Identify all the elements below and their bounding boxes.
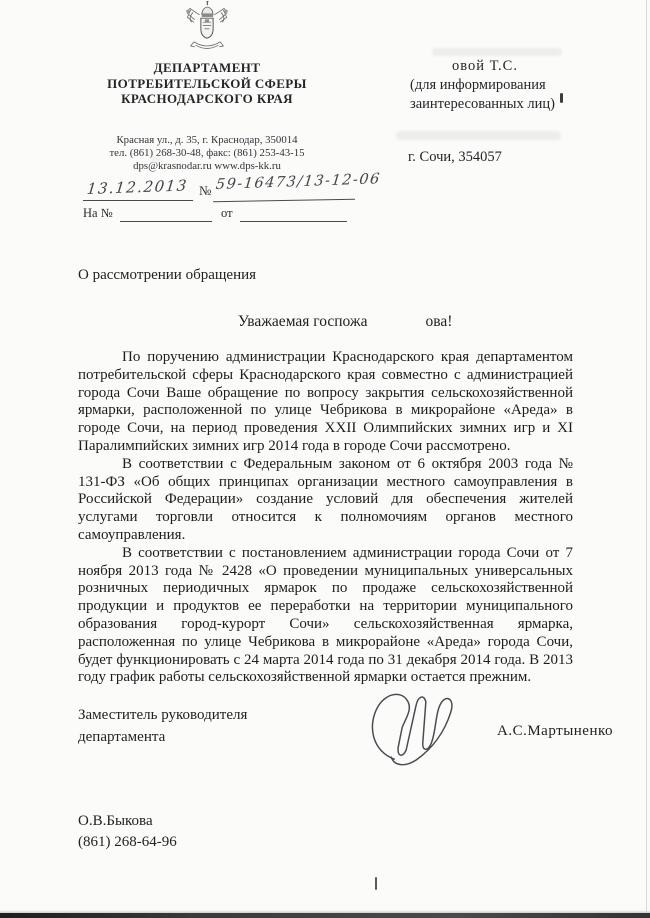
recipient-note-line-1: (для информирования — [410, 76, 625, 95]
reply-from-label: от — [221, 206, 233, 221]
coat-of-arms-icon — [181, 1, 233, 55]
org-address-street: Красная ул., д. 35, г. Краснодар, 350014 — [62, 134, 352, 147]
number-underline — [213, 199, 355, 202]
body-paragraph-1: По поручению администрации Краснодарског… — [78, 349, 573, 456]
outgoing-date-handwritten: 13.12.2013 — [86, 180, 187, 199]
recipient-name: овой Т.С. — [410, 57, 625, 76]
body-paragraph-2: В соответствии с Федеральным законом от … — [78, 456, 573, 545]
org-name-line-2: ПОТРЕБИТЕЛЬСКОЙ СФЕРЫ — [62, 76, 352, 92]
reply-to-label: На № — [83, 206, 113, 221]
scanned-letter-page: ДЕПАРТАМЕНТ ПОТРЕБИТЕЛЬСКОЙ СФЕРЫ КРАСНО… — [0, 0, 650, 918]
scan-bottom-edge — [0, 913, 650, 918]
org-name-line-3: КРАСНОДАРСКОГО КРАЯ — [62, 91, 352, 107]
scan-artifact-mark — [560, 93, 563, 103]
signer-title-line-2: департамента — [78, 726, 247, 748]
signer-title-line-1: Заместитель руководителя — [78, 704, 247, 726]
erasure-smudge — [396, 131, 561, 140]
subject-line: О рассмотрении обращения — [78, 267, 256, 284]
body-paragraph-3: В соответствии с постановлением админист… — [78, 545, 573, 687]
signer-title: Заместитель руководителя департамента — [78, 704, 247, 748]
reply-date-underline — [240, 221, 347, 222]
scan-right-edge-line — [646, 0, 647, 918]
org-address-web: dps@krasnodar.ru www.dps-kk.ru — [62, 160, 352, 173]
executor-name: О.В.Быкова — [78, 811, 177, 832]
number-sign: № — [199, 183, 211, 199]
recipient-city: г. Сочи, 354057 — [408, 149, 502, 166]
erasure-smudge — [150, 157, 162, 162]
org-name: ДЕПАРТАМЕНТ ПОТРЕБИТЕЛЬСКОЙ СФЕРЫ КРАСНО… — [62, 60, 352, 107]
org-address-phone: тел. (861) 268-30-48, факс: (861) 253-43… — [62, 147, 352, 160]
signer-name: А.С.Мартыненко — [497, 723, 613, 740]
executor-block: О.В.Быкова (861) 268-64-96 — [78, 811, 177, 853]
recipient-note-line-2: заинтересованных лиц) — [410, 95, 625, 114]
org-address: Красная ул., д. 35, г. Краснодар, 350014… — [62, 134, 352, 174]
salutation-prefix: Уважаемая госпожа — [238, 313, 368, 330]
letter-body: По поручению администрации Краснодарског… — [78, 349, 573, 687]
org-name-line-1: ДЕПАРТАМЕНТ — [62, 60, 352, 76]
executor-phone: (861) 268-64-96 — [78, 832, 177, 853]
outgoing-number-handwritten: 59-16473/13-12-06 — [215, 177, 380, 194]
salutation-suffix: ова! — [426, 313, 453, 330]
salutation: Уважаемая госпожаова! — [238, 313, 452, 331]
recipient-block: овой Т.С. (для информирования заинтересо… — [410, 57, 625, 114]
reply-number-underline — [120, 221, 212, 222]
date-underline — [83, 200, 193, 201]
signature-ink — [358, 688, 470, 772]
scan-artifact-mark — [375, 877, 377, 890]
erasure-smudge — [432, 48, 562, 56]
